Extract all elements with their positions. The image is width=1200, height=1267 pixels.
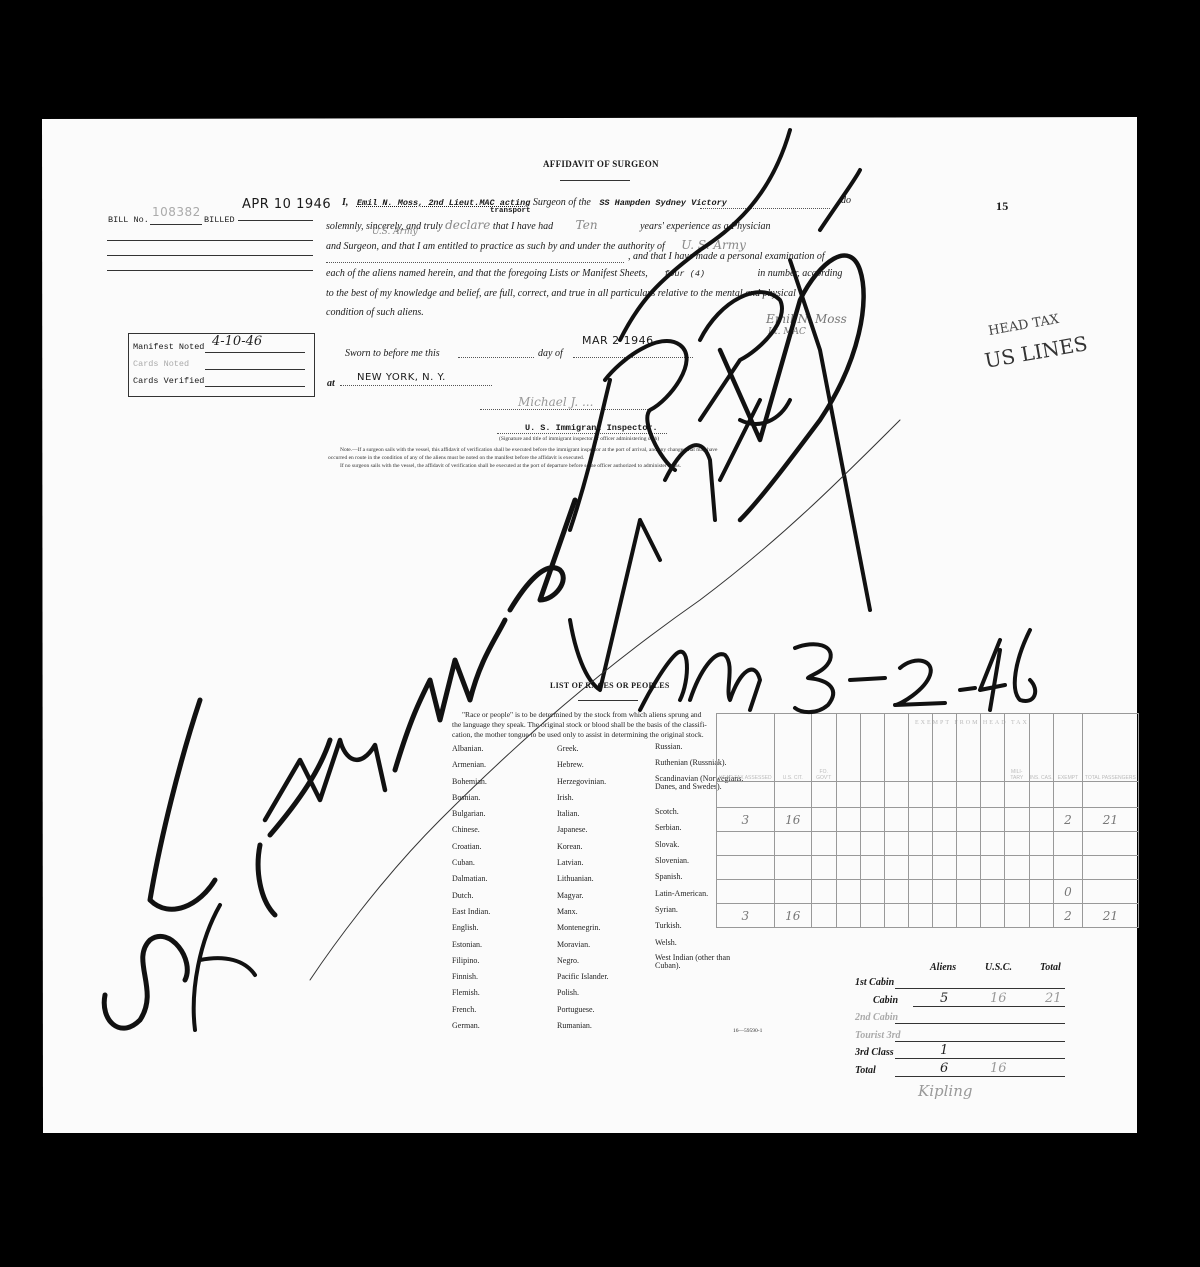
sheets-count: four (4) bbox=[664, 269, 705, 279]
table-cell: 3 bbox=[716, 808, 774, 832]
table-cell bbox=[1082, 782, 1138, 808]
line5-a: each of the aliens named herein, and tha… bbox=[326, 268, 648, 279]
form-code: 16—59590-1 bbox=[733, 1028, 762, 1034]
column-header bbox=[956, 714, 980, 782]
declare-handwritten: declare bbox=[445, 218, 490, 232]
table-cell bbox=[1054, 832, 1083, 856]
bottom-handwritten-note: Kipling bbox=[918, 1082, 972, 1100]
table-cell bbox=[1082, 856, 1138, 880]
at-label: at bbox=[327, 378, 335, 389]
table-cell bbox=[980, 880, 1004, 904]
race-item: Rumanian. bbox=[557, 1021, 609, 1037]
table-cell bbox=[1004, 856, 1029, 880]
race-item: West Indian (other than Cuban). bbox=[655, 954, 755, 970]
table-cell bbox=[908, 808, 932, 832]
rule bbox=[205, 369, 305, 370]
race-item: Herzegovinian. bbox=[557, 777, 609, 793]
table-row bbox=[715, 782, 1139, 808]
column-header: HEAD TAX ASSESSED bbox=[716, 714, 774, 782]
table-cell bbox=[860, 880, 884, 904]
races-title: LIST OF RACES OR PEOPLES bbox=[550, 681, 670, 690]
rule bbox=[480, 409, 650, 410]
race-item: Pacific Islander. bbox=[557, 972, 609, 988]
race-item: Dalmatian. bbox=[452, 874, 490, 890]
races-intro-1: "Race or people" is to be determined by … bbox=[462, 710, 701, 719]
day-of-label: day of bbox=[538, 348, 563, 359]
column-header bbox=[836, 714, 860, 782]
race-item: Negro. bbox=[557, 956, 609, 972]
table-row bbox=[715, 856, 1139, 880]
summary-row-label: 3rd Class bbox=[855, 1047, 894, 1058]
table-cell bbox=[980, 904, 1004, 928]
rule bbox=[913, 1006, 1065, 1007]
race-item: Finnish. bbox=[452, 972, 490, 988]
inspector-signature: Michael J. ... bbox=[518, 395, 593, 409]
rule bbox=[895, 988, 1065, 989]
table-cell bbox=[860, 782, 884, 808]
rule bbox=[205, 352, 305, 353]
table-cell bbox=[836, 808, 860, 832]
surgeon-signature: Emil N. Moss bbox=[766, 312, 847, 326]
table-cell bbox=[932, 880, 956, 904]
race-item: Albanian. bbox=[452, 744, 490, 760]
line2-b: that I have had bbox=[493, 221, 553, 232]
rule bbox=[107, 255, 313, 256]
race-item: Bulgarian. bbox=[452, 809, 490, 825]
summary-row-label: Cabin bbox=[873, 995, 898, 1006]
table-cell bbox=[956, 856, 980, 880]
column-header: FO. GOV'T bbox=[811, 714, 836, 782]
summary-header: U.S.C. bbox=[985, 962, 1012, 973]
column-header bbox=[980, 714, 1004, 782]
summary-aliens-value: 5 bbox=[940, 991, 948, 1006]
table-cell bbox=[980, 808, 1004, 832]
table-cell bbox=[1004, 832, 1029, 856]
table-cell bbox=[932, 832, 956, 856]
table-cell bbox=[1029, 782, 1054, 808]
races-column-1: Albanian.Armenian.Bohemian.Bosnian.Bulga… bbox=[452, 744, 490, 1037]
race-item: Manx. bbox=[557, 907, 609, 923]
table-cell bbox=[884, 880, 908, 904]
rule bbox=[700, 208, 830, 209]
affidavit-line-3: and Surgeon, and that I am entitled to p… bbox=[326, 238, 746, 252]
race-item: Hebrew. bbox=[557, 760, 609, 776]
rule bbox=[107, 270, 313, 271]
vessel-name: SS Hampden Sydney Victory bbox=[599, 198, 727, 208]
table-cell bbox=[1082, 832, 1138, 856]
table-cell bbox=[860, 856, 884, 880]
table-cell bbox=[811, 904, 836, 928]
table-cell bbox=[1029, 880, 1054, 904]
table-row: 316221 bbox=[715, 904, 1139, 928]
summary-usc-value: 16 bbox=[990, 1061, 1007, 1076]
table-row: 0 bbox=[715, 880, 1139, 904]
table-cell bbox=[956, 832, 980, 856]
line2-c: years' experience as a Physician bbox=[640, 221, 770, 232]
affidavit-line-1: I, Emil N. Moss, 2nd Lieut.MAC acting Su… bbox=[342, 197, 727, 208]
affidavit-line-5: each of the aliens named herein, and tha… bbox=[326, 268, 842, 279]
table-cell bbox=[884, 856, 908, 880]
table-cell bbox=[884, 808, 908, 832]
table-cell: 3 bbox=[716, 904, 774, 928]
column-header bbox=[860, 714, 884, 782]
race-item bbox=[655, 986, 755, 1002]
table-cell bbox=[716, 832, 774, 856]
summary-aliens-value: 1 bbox=[940, 1043, 948, 1058]
sworn-label: Sworn to before me this bbox=[345, 348, 440, 359]
head-tax-table: HEAD TAX ASSESSEDU.S. CIT.FO. GOV'TMILI-… bbox=[715, 713, 1139, 928]
race-item: German. bbox=[452, 1021, 490, 1037]
race-item: Croatian. bbox=[452, 842, 490, 858]
cards-verified-label: Cards Verified bbox=[133, 376, 204, 386]
race-item: Montenegrin. bbox=[557, 923, 609, 939]
race-item: Flemish. bbox=[452, 988, 490, 1004]
years-handwritten: Ten bbox=[576, 218, 598, 232]
line3-a: and Surgeon, bbox=[326, 241, 379, 252]
table-cell bbox=[908, 880, 932, 904]
table-cell bbox=[1004, 782, 1029, 808]
table-cell bbox=[860, 904, 884, 928]
table-row: 316221 bbox=[715, 808, 1139, 832]
bill-no-label: BILL No. bbox=[108, 215, 149, 225]
table-cell bbox=[956, 880, 980, 904]
race-item: Moravian. bbox=[557, 940, 609, 956]
note-line-2: occurred en route in the condition of an… bbox=[328, 455, 584, 461]
line5-b: in number, according bbox=[758, 268, 843, 279]
affidavit-line-7: condition of such aliens. bbox=[326, 307, 424, 318]
table-cell bbox=[1029, 856, 1054, 880]
table-cell bbox=[1004, 880, 1029, 904]
bill-no: 108382 bbox=[152, 205, 201, 219]
summary-header: Aliens bbox=[930, 962, 956, 973]
table-cell bbox=[1054, 782, 1083, 808]
table-cell bbox=[884, 782, 908, 808]
inspector-title: U. S. Immigrant Inspector. bbox=[525, 423, 658, 433]
billed-label: BILLED bbox=[204, 215, 235, 225]
table-cell bbox=[932, 808, 956, 832]
rule bbox=[238, 220, 313, 221]
rule bbox=[326, 262, 624, 263]
column-header: MILI-TARY bbox=[1004, 714, 1029, 782]
table-cell bbox=[716, 880, 774, 904]
table-cell bbox=[774, 782, 811, 808]
race-item: Korean. bbox=[557, 842, 609, 858]
table-cell bbox=[980, 782, 1004, 808]
cards-noted-label: Cards Noted bbox=[133, 359, 189, 369]
summary-row-label: Total bbox=[855, 1065, 876, 1076]
table-cell bbox=[836, 832, 860, 856]
rule bbox=[895, 1023, 1065, 1024]
races-intro-2: the language they speak. The original st… bbox=[452, 720, 707, 729]
table-cell bbox=[1029, 832, 1054, 856]
manifest-noted-value: 4-10-46 bbox=[212, 334, 262, 349]
race-item: Portuguese. bbox=[557, 1005, 609, 1021]
affidavit-title: AFFIDAVIT OF SURGEON bbox=[543, 159, 659, 169]
note-line-3: If no surgeon sails with the vessel, the… bbox=[340, 463, 681, 469]
affidavit-line-4: , and that I have made a personal examin… bbox=[628, 251, 825, 262]
table-cell bbox=[908, 856, 932, 880]
table-cell bbox=[836, 880, 860, 904]
rule bbox=[573, 357, 693, 358]
inspector-caption: (Signature and title of immigrant inspec… bbox=[499, 436, 659, 442]
race-item: Latvian. bbox=[557, 858, 609, 874]
race-item: Chinese. bbox=[452, 825, 490, 841]
rule bbox=[895, 1041, 1065, 1042]
race-item: Filipino. bbox=[452, 956, 490, 972]
table-cell bbox=[1082, 880, 1138, 904]
race-item: Dutch. bbox=[452, 891, 490, 907]
table-cell bbox=[811, 856, 836, 880]
race-item: Armenian. bbox=[452, 760, 490, 776]
table-cell bbox=[836, 856, 860, 880]
race-item: Bosnian. bbox=[452, 793, 490, 809]
table-cell bbox=[716, 856, 774, 880]
table-cell bbox=[956, 808, 980, 832]
table-cell bbox=[1004, 904, 1029, 928]
affidavit-line-6: to the best of my knowledge and belief, … bbox=[326, 288, 796, 299]
table-cell bbox=[932, 856, 956, 880]
race-item: Japanese. bbox=[557, 825, 609, 841]
race-item: Bohemian. bbox=[452, 777, 490, 793]
race-item: Lithuanian. bbox=[557, 874, 609, 890]
table-cell bbox=[811, 808, 836, 832]
table-cell bbox=[1029, 904, 1054, 928]
table-cell bbox=[774, 880, 811, 904]
rule bbox=[497, 433, 667, 434]
intro: I, bbox=[342, 197, 348, 208]
table-cell bbox=[932, 904, 956, 928]
summary-row-label: Tourist 3rd bbox=[855, 1030, 900, 1041]
sworn-date-stamp: MAR 2 1946 bbox=[582, 334, 654, 347]
column-header bbox=[908, 714, 932, 782]
column-header: TOTAL PASSENGERS bbox=[1082, 714, 1138, 782]
rule bbox=[150, 224, 202, 225]
column-header: INS. CAS. bbox=[1029, 714, 1054, 782]
surgeon-signature-title: Lt. MAC bbox=[768, 327, 806, 337]
races-intro-3: cation, the mother tongue to be used onl… bbox=[452, 730, 704, 739]
race-item: East Indian. bbox=[452, 907, 490, 923]
rule bbox=[458, 357, 534, 358]
table-cell bbox=[811, 782, 836, 808]
table-cell bbox=[811, 880, 836, 904]
summary-total-value: 21 bbox=[1045, 991, 1062, 1006]
race-item: Italian. bbox=[557, 809, 609, 825]
table-cell bbox=[811, 832, 836, 856]
army-handwritten: U.S. Army bbox=[372, 227, 418, 237]
table-cell bbox=[836, 904, 860, 928]
race-item: Irish. bbox=[557, 793, 609, 809]
table-cell: 2 bbox=[1054, 904, 1083, 928]
rule bbox=[578, 700, 638, 701]
column-header: EXEMPT bbox=[1054, 714, 1083, 782]
rule bbox=[205, 386, 305, 387]
summary-row-label: 1st Cabin bbox=[855, 977, 894, 988]
races-column-2: Greek.Hebrew.Herzegovinian.Irish.Italian… bbox=[557, 744, 609, 1037]
table-cell bbox=[860, 832, 884, 856]
rule bbox=[340, 385, 492, 386]
summary-row-label: 2nd Cabin bbox=[855, 1012, 898, 1023]
table-cell bbox=[1004, 808, 1029, 832]
rule bbox=[107, 240, 313, 241]
table-cell bbox=[1054, 856, 1083, 880]
manifest-noted-label: Manifest Noted bbox=[133, 342, 204, 352]
surgeon-of-label: Surgeon of the bbox=[533, 197, 591, 208]
column-header bbox=[884, 714, 908, 782]
column-header: U.S. CIT. bbox=[774, 714, 811, 782]
authority-handwritten: U. S. Army bbox=[681, 238, 746, 252]
sworn-place: NEW YORK, N. Y. bbox=[357, 372, 446, 383]
summary-header: Total bbox=[1040, 962, 1061, 973]
rule bbox=[895, 1058, 1065, 1059]
title-underline bbox=[560, 180, 630, 181]
race-item: Estonian. bbox=[452, 940, 490, 956]
table-cell bbox=[980, 856, 1004, 880]
table-cell bbox=[774, 856, 811, 880]
column-header bbox=[932, 714, 956, 782]
summary-usc-value: 16 bbox=[990, 991, 1007, 1006]
table-cell bbox=[908, 782, 932, 808]
race-item: French. bbox=[452, 1005, 490, 1021]
table-cell bbox=[908, 904, 932, 928]
line3-b: and that I am entitled to practice as su… bbox=[381, 241, 664, 252]
race-item: Polish. bbox=[557, 988, 609, 1004]
table-cell: 21 bbox=[1082, 904, 1138, 928]
table-cell bbox=[716, 782, 774, 808]
table-cell: 16 bbox=[774, 904, 811, 928]
table-cell bbox=[836, 782, 860, 808]
table-cell bbox=[956, 782, 980, 808]
table-cell bbox=[956, 904, 980, 928]
race-item bbox=[655, 1003, 755, 1019]
table-row bbox=[715, 832, 1139, 856]
vessel-type: transport bbox=[490, 207, 531, 215]
do-label: , do bbox=[836, 195, 851, 206]
table-cell: 2 bbox=[1054, 808, 1083, 832]
summary-aliens-value: 6 bbox=[940, 1061, 948, 1076]
table-cell bbox=[884, 904, 908, 928]
race-item bbox=[655, 970, 755, 986]
table-cell bbox=[774, 832, 811, 856]
table-cell: 21 bbox=[1082, 808, 1138, 832]
race-item: English. bbox=[452, 923, 490, 939]
race-item: Cuban. bbox=[452, 858, 490, 874]
table-cell bbox=[1029, 808, 1054, 832]
table-cell: 16 bbox=[774, 808, 811, 832]
table-cell bbox=[980, 832, 1004, 856]
race-item: Greek. bbox=[557, 744, 609, 760]
table-cell bbox=[860, 808, 884, 832]
note-line-1: Note.—If a surgeon sails with the vessel… bbox=[340, 447, 718, 453]
billed-date: APR 10 1946 bbox=[242, 197, 331, 212]
table-cell bbox=[932, 782, 956, 808]
race-item: Magyar. bbox=[557, 891, 609, 907]
race-item: Welsh. bbox=[655, 938, 755, 954]
page-number: 15 bbox=[996, 199, 1009, 214]
table-cell: 0 bbox=[1054, 880, 1083, 904]
table-cell bbox=[884, 832, 908, 856]
table-cell bbox=[908, 832, 932, 856]
rule bbox=[895, 1076, 1065, 1077]
